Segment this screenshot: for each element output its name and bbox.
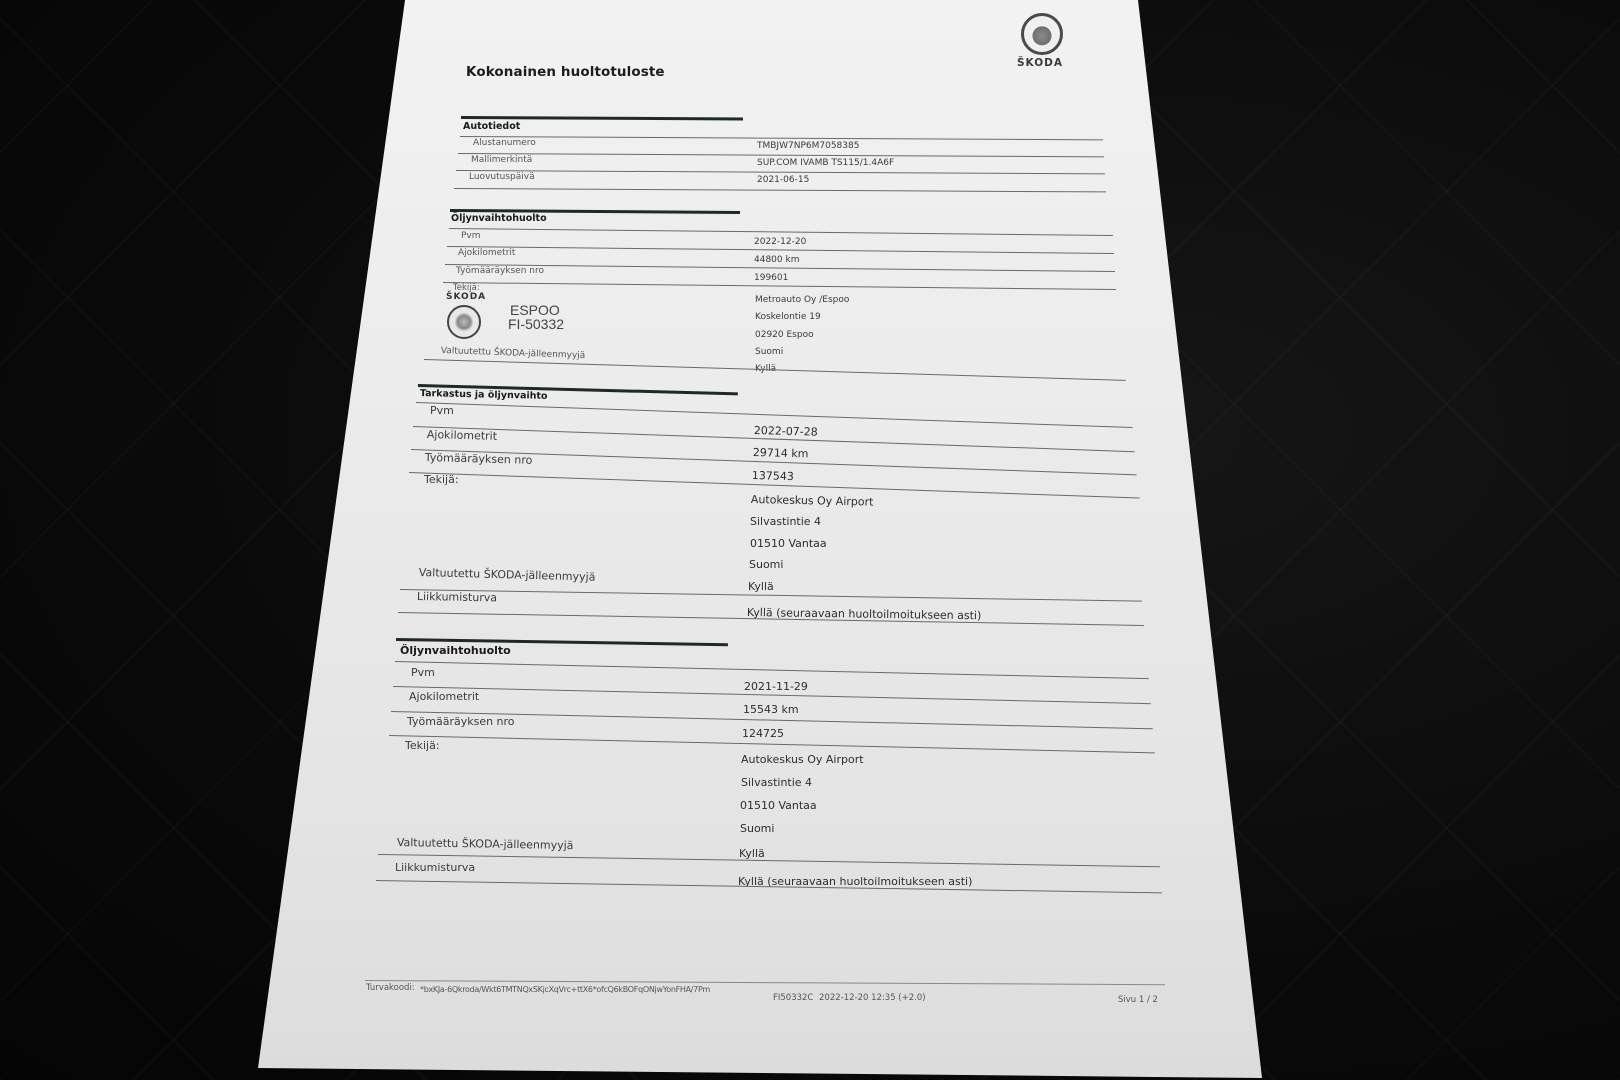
mobility-label: Liikkumisturva xyxy=(417,590,497,604)
dealer-value: Kyllä xyxy=(748,580,774,593)
tekija-line: Suomi xyxy=(755,347,783,357)
row-value: 2022-12-20 xyxy=(754,237,806,247)
row-value: 29714 km xyxy=(753,446,809,460)
row-value: SUP.COM IVAMB TS115/1.4A6F xyxy=(757,158,894,168)
stamp-code: FI-50332 xyxy=(508,317,564,331)
stamp-city: ESPOO xyxy=(510,303,560,317)
row-value: 44800 km xyxy=(754,255,799,265)
skoda-logo-icon xyxy=(1021,13,1063,55)
row-label: Pvm xyxy=(430,404,454,417)
row-label: Ajokilometrit xyxy=(409,690,479,703)
stamp-brand: ŠKODA xyxy=(446,292,486,302)
tekija-label: Tekijä: xyxy=(405,739,440,752)
tekija-line: 01510 Vantaa xyxy=(750,537,827,550)
row-label: Alustanumero xyxy=(473,138,536,148)
tekija-line: Silvastintie 4 xyxy=(750,515,821,528)
print-timestamp: 2022-12-20 12:35 (+2.0) xyxy=(819,993,926,1003)
tekija-line: 01510 Vantaa xyxy=(740,799,817,812)
mobility-label: Liikkumisturva xyxy=(395,861,475,874)
dealer-value: Kyllä xyxy=(739,847,765,860)
row-value: 137543 xyxy=(752,469,794,483)
dealer-id: FI50332C xyxy=(773,993,813,1003)
tekija-line: Silvastintie 4 xyxy=(741,776,812,789)
tekija-line: Autokeskus Oy Airport xyxy=(741,753,864,766)
security-code-label: Turvakoodi: xyxy=(366,983,415,993)
row-value: 2021-06-15 xyxy=(757,175,809,185)
security-code-value: *bxKJa-6Qkroda/Wkt6TMTNQxSKjcXqVrc+ttX6*… xyxy=(420,985,710,994)
row-label: Luovutuspäivä xyxy=(469,172,535,182)
tekija-line: Suomi xyxy=(749,558,783,571)
tekija-line: Metroauto Oy /Espoo xyxy=(755,295,849,305)
section-heading: Öljynvaihtohuolto xyxy=(451,213,547,224)
document-title: Kokonainen huoltotuloste xyxy=(466,64,665,80)
row-label: Ajokilometrit xyxy=(458,248,515,258)
tekija-line: Suomi xyxy=(740,822,774,835)
row-value: 15543 km xyxy=(743,703,799,716)
row-label: Pvm xyxy=(461,231,481,241)
row-label: Työmääräyksen nro xyxy=(456,266,544,276)
brand-wordmark: ŠKODA xyxy=(1017,57,1063,69)
tekija-line: Koskelontie 19 xyxy=(755,312,821,322)
skoda-stamp-logo-icon xyxy=(447,305,481,339)
row-value: 2022-07-28 xyxy=(754,424,818,439)
section-heading: Autotiedot xyxy=(463,121,520,132)
section-heading: Öljynvaihtohuolto xyxy=(400,644,511,657)
row-label: Työmääräyksen nro xyxy=(425,451,533,467)
row-value: 199601 xyxy=(754,273,788,283)
row-label: Ajokilometrit xyxy=(427,428,498,443)
row-label: Mallimerkintä xyxy=(471,155,532,165)
page-number: Sivu 1 / 2 xyxy=(1118,995,1158,1005)
tekija-line: Autokeskus Oy Airport xyxy=(751,493,874,509)
row-value: 124725 xyxy=(742,727,784,740)
tekija-line: 02920 Espoo xyxy=(755,330,814,340)
row-label: Pvm xyxy=(411,666,435,679)
tekija-label: Tekijä: xyxy=(424,473,459,486)
row-value: TMBJW7NP6M7058385 xyxy=(757,141,859,151)
row-label: Työmääräyksen nro xyxy=(407,715,515,728)
row-value: 2021-11-29 xyxy=(744,680,808,693)
